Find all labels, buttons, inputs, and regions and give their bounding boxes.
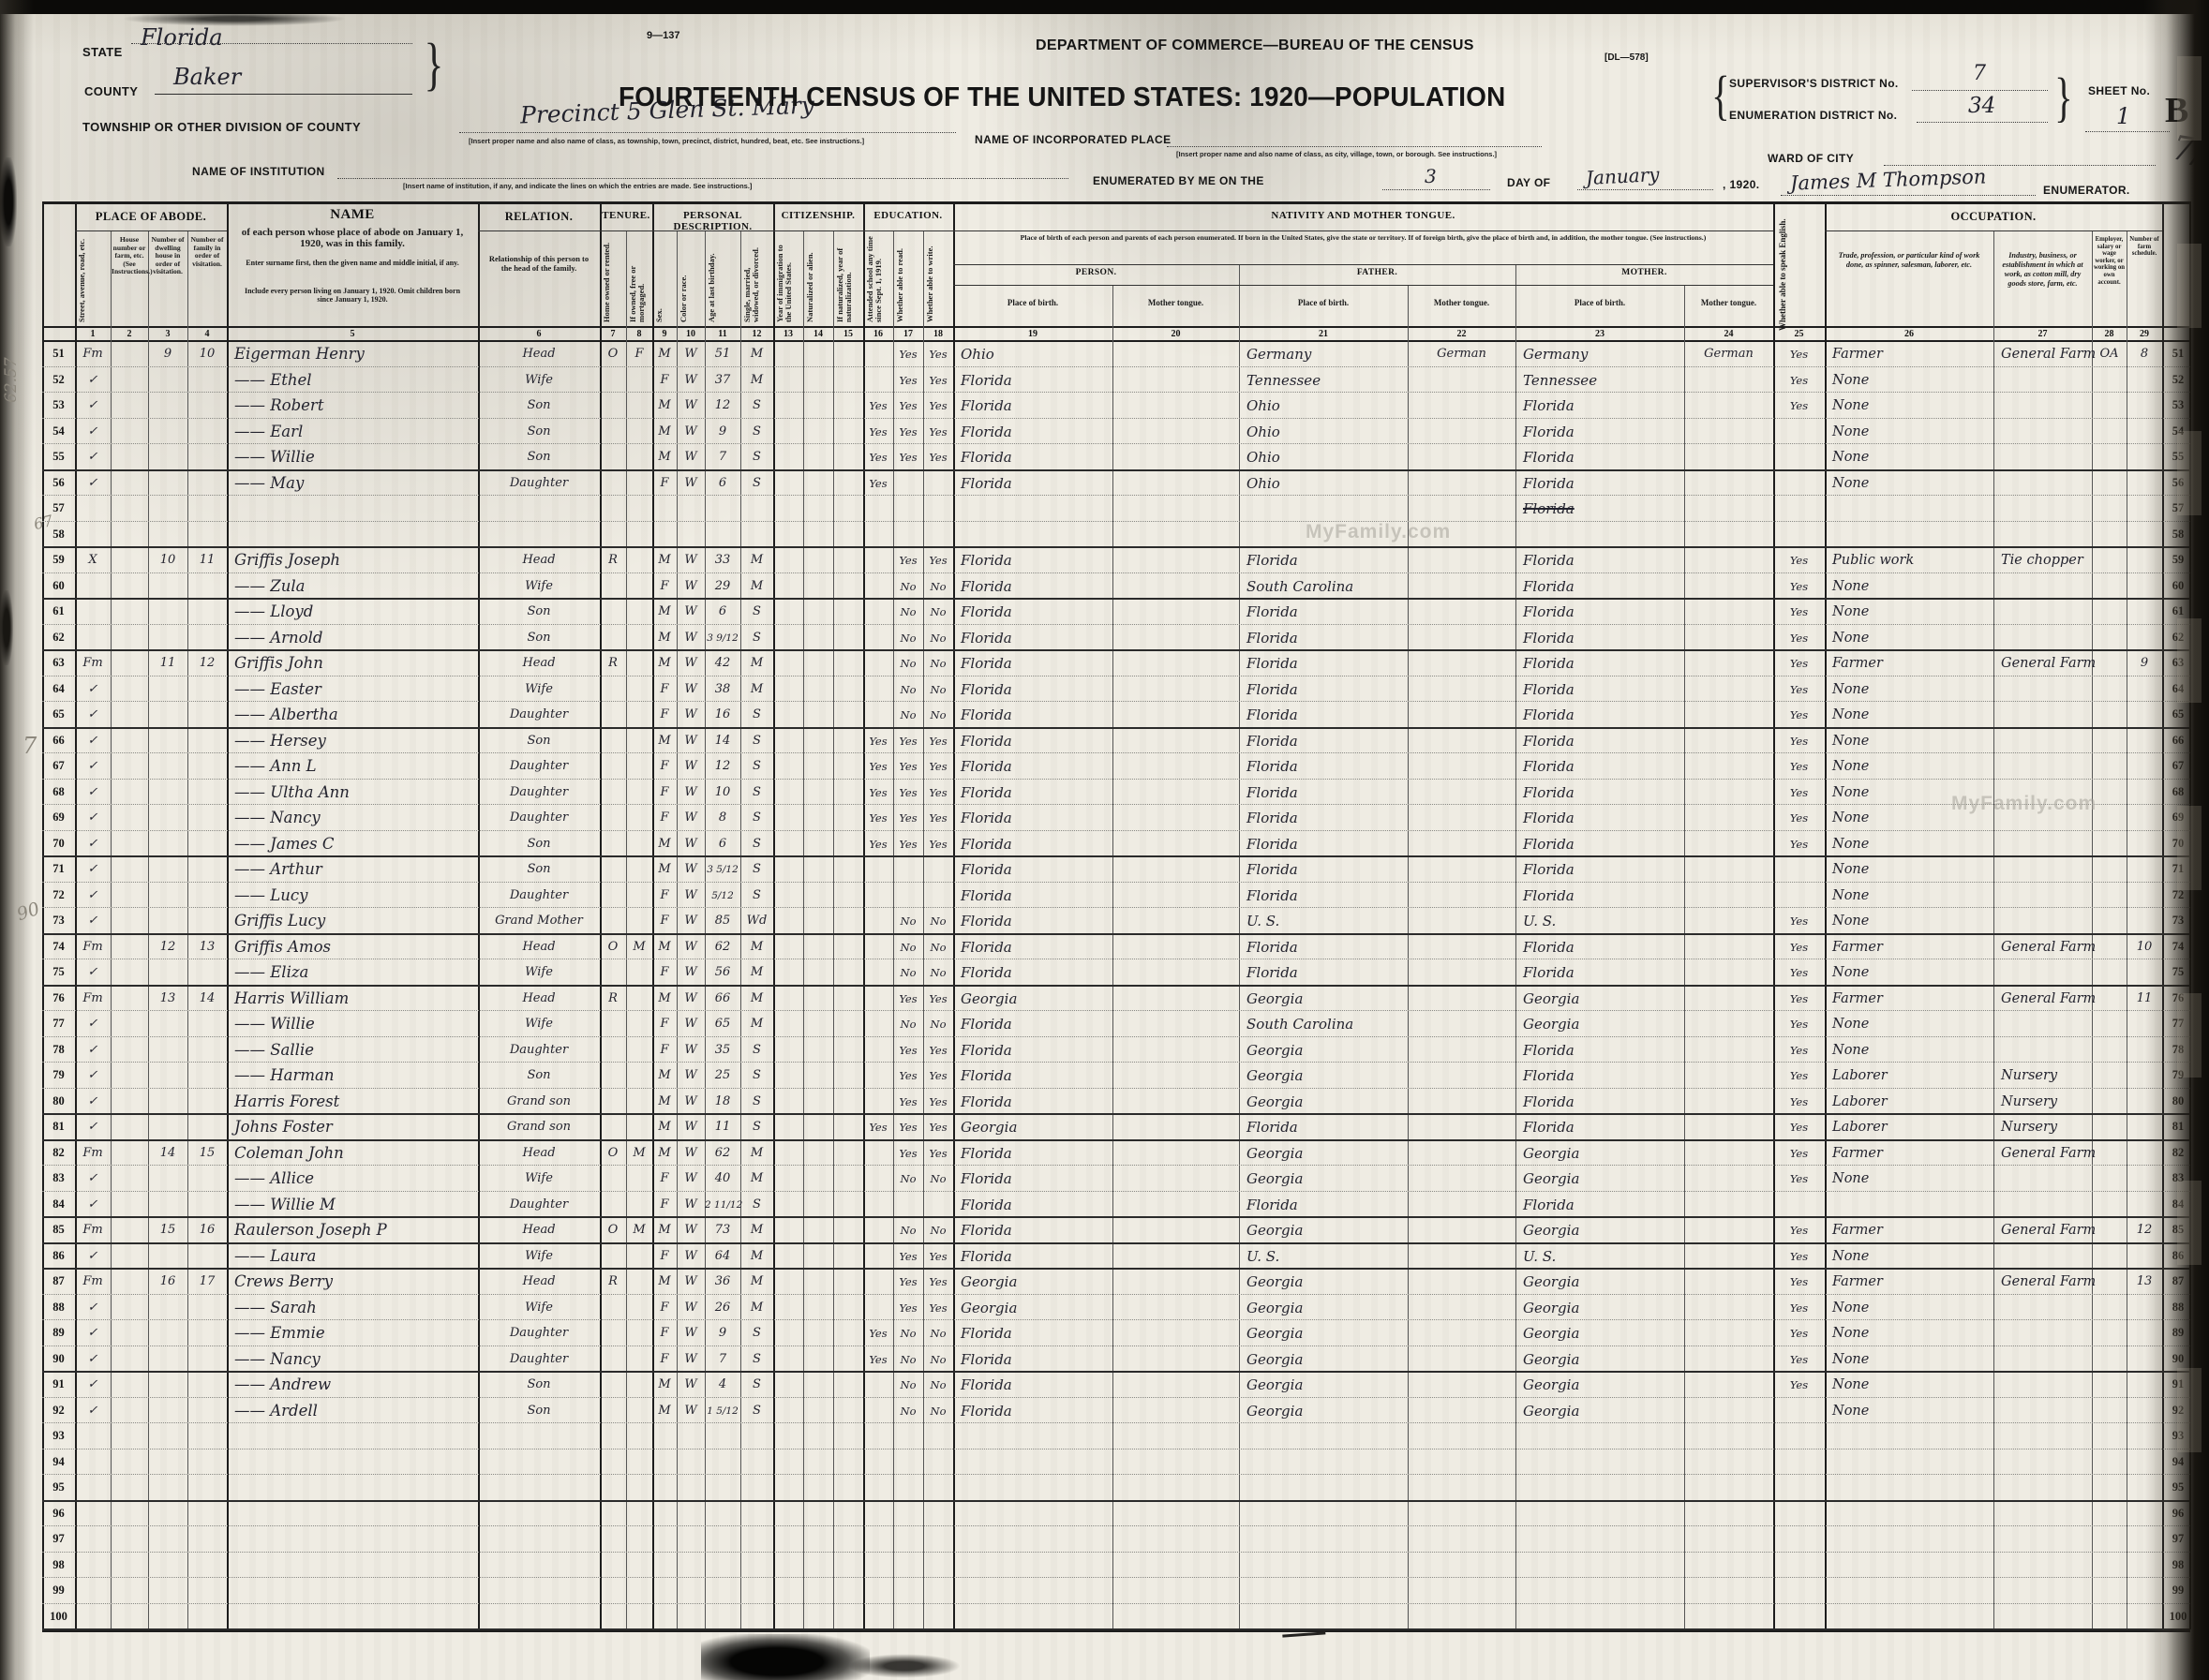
cell-mpob-52: Tennessee: [1523, 370, 1682, 392]
row-rule: [42, 1500, 2190, 1502]
cell-sex-70: M: [652, 834, 677, 855]
cell-race-65: W: [677, 705, 705, 726]
state-value: Florida: [141, 24, 223, 51]
row-number-left: 75: [42, 965, 75, 979]
cell-fpob-60: South Carolina: [1246, 576, 1406, 598]
cell-fpob-70: Florida: [1246, 834, 1406, 855]
cell-name-74: Griffis Amos: [234, 937, 476, 959]
cell-eng-52: Yes: [1773, 370, 1825, 392]
row-rule: [42, 1036, 2190, 1037]
row-number-left: 79: [42, 1068, 75, 1082]
cell-rel-78: Daughter: [478, 1040, 600, 1062]
cell-occ-71: None: [1832, 859, 1992, 881]
cell-fpob-91: Georgia: [1246, 1375, 1406, 1396]
cell-pob-88: Georgia: [961, 1298, 1111, 1319]
cell-sex-83: F: [652, 1168, 677, 1190]
cell-c17-90: No: [893, 1349, 923, 1371]
cell-race-61: W: [677, 602, 705, 623]
row-number-left: 89: [42, 1326, 75, 1340]
cell-mpob-77: Georgia: [1523, 1014, 1682, 1035]
cell-rel-85: Head: [478, 1220, 600, 1241]
cell-fpob-56: Ohio: [1246, 473, 1406, 495]
cell-c18-86: Yes: [923, 1246, 953, 1268]
cell-fpob-84: Florida: [1246, 1195, 1406, 1216]
cell-rel-51: Head: [478, 344, 600, 365]
row-number-left: 52: [42, 373, 75, 387]
cell-c7-51: O: [600, 344, 626, 365]
cell-eng-74: Yes: [1773, 937, 1825, 959]
column-group-nativity-and-mother-tongue-: NATIVITY AND MOTHER TONGUE.: [953, 210, 1773, 221]
row-number-left: 85: [42, 1223, 75, 1237]
cell-mpob-80: Florida: [1523, 1092, 1682, 1113]
cell-c17-70: Yes: [893, 834, 923, 855]
colhead-c18: Whether able to write.: [926, 234, 950, 322]
colhead-relation: Relationship of this person to the head …: [485, 255, 592, 273]
cell-pob-84: Florida: [961, 1195, 1111, 1216]
cell-rel-83: Wife: [478, 1168, 600, 1190]
column-group-tenure-: TENURE.: [600, 210, 652, 221]
cell-race-77: W: [677, 1014, 705, 1035]
cell-c18-54: Yes: [923, 422, 953, 443]
cell-c16-53: Yes: [863, 395, 893, 417]
cell-c17-67: Yes: [893, 756, 923, 778]
cell-c16-55: Yes: [863, 447, 893, 468]
row-rule: [42, 546, 2190, 548]
row-rule: [42, 624, 2190, 625]
cell-occ-51: Farmer: [1832, 344, 1992, 365]
township-label: TOWNSHIP OR OTHER DIVISION OF COUNTY: [82, 120, 361, 134]
cell-c7-59: R: [600, 550, 626, 572]
cell-occ-76: Farmer: [1832, 989, 1992, 1010]
enumerator-name: James M Thompson: [1790, 165, 1987, 194]
cell-c17-68: Yes: [893, 782, 923, 804]
cell-c1-82: Fm: [75, 1143, 111, 1165]
institution-underline: [337, 178, 1068, 179]
cell-eng-91: Yes: [1773, 1375, 1825, 1396]
cell-name-85: Raulerson Joseph P: [234, 1220, 476, 1241]
cell-c18-51: Yes: [923, 344, 953, 365]
cell-c8-74: M: [626, 937, 652, 959]
colnum-12: 12: [740, 329, 773, 339]
cell-mpob-61: Florida: [1523, 602, 1682, 623]
cell-c17-64: No: [893, 679, 923, 701]
cell-age-63: 42: [705, 653, 740, 675]
cell-rel-77: Wife: [478, 1014, 600, 1035]
cell-occ-73: None: [1832, 911, 1992, 932]
cell-mar-51: M: [740, 344, 773, 365]
cell-race-87: W: [677, 1271, 705, 1293]
colnum-27: 27: [1993, 329, 2092, 339]
cell-c1-68: ✓: [75, 782, 111, 804]
cell-sex-59: M: [652, 550, 677, 572]
ink-smudge: [701, 1634, 870, 1680]
cell-eng-64: Yes: [1773, 679, 1825, 701]
cell-occ-86: None: [1832, 1246, 1992, 1268]
cell-age-55: 7: [705, 447, 740, 468]
cell-occ-63: Farmer: [1832, 653, 1992, 675]
row-number-left: 53: [42, 398, 75, 412]
cell-age-54: 9: [705, 422, 740, 443]
cell-occ-91: None: [1832, 1375, 1992, 1396]
table-rule: [42, 340, 2190, 342]
table-rule: [953, 201, 955, 1629]
row-rule: [42, 1062, 2190, 1063]
table-rule: [148, 230, 149, 1629]
cell-pob-86: Florida: [961, 1246, 1111, 1268]
cell-eng-53: Yes: [1773, 395, 1825, 417]
enumeration-district-label: ENUMERATION DISTRICT No.: [1729, 109, 1897, 122]
cell-c18-69: Yes: [923, 808, 953, 829]
colnum-4: 4: [187, 329, 227, 339]
cell-c1-63: Fm: [75, 653, 111, 675]
colnum-18: 18: [923, 329, 953, 339]
cell-pob-63: Florida: [961, 653, 1111, 675]
cell-c18-88: Yes: [923, 1298, 953, 1319]
cell-name-89: —— Emmie: [234, 1323, 476, 1345]
table-rule: [833, 230, 834, 1629]
cell-mar-73: Wd: [740, 911, 773, 932]
cell-eng-61: Yes: [1773, 602, 1825, 623]
cell-c1-80: ✓: [75, 1092, 111, 1113]
row-number-left: 99: [42, 1583, 75, 1598]
cell-age-52: 37: [705, 370, 740, 392]
row-rule: [42, 1294, 2190, 1295]
cell-race-62: W: [677, 628, 705, 649]
cell-c17-76: Yes: [893, 989, 923, 1010]
cell-age-90: 7: [705, 1349, 740, 1371]
cell-c18-60: No: [923, 576, 953, 598]
scan-left-edge: [0, 0, 34, 1680]
table-rule: [42, 201, 2190, 204]
cell-c1-85: Fm: [75, 1220, 111, 1241]
colnum-20: 20: [1112, 329, 1239, 339]
cell-race-67: W: [677, 756, 705, 778]
cell-fpob-77: South Carolina: [1246, 1014, 1406, 1035]
cell-name-70: —— James C: [234, 834, 476, 855]
cell-sex-56: F: [652, 473, 677, 495]
township-underline: [459, 132, 956, 133]
cell-rel-74: Head: [478, 937, 600, 959]
colnum-19: 19: [953, 329, 1112, 339]
cell-name-53: —— Robert: [234, 395, 476, 417]
colnum-6: 6: [478, 329, 600, 339]
cell-c1-53: ✓: [75, 395, 111, 417]
colhead-c21: Place of birth.: [1239, 298, 1408, 307]
cell-rel-65: Daughter: [478, 705, 600, 726]
cell-race-86: W: [677, 1246, 705, 1268]
cell-rel-92: Son: [478, 1401, 600, 1422]
cell-c1-73: ✓: [75, 911, 111, 932]
row-number-left: 82: [42, 1146, 75, 1160]
cell-mpob-70: Florida: [1523, 834, 1682, 855]
census-sheet-scan: STATE Florida COUNTY Baker } TOWNSHIP OR…: [0, 0, 2209, 1680]
cell-pob-52: Florida: [961, 370, 1111, 392]
table-rule: [42, 326, 2190, 328]
cell-fpob-64: Florida: [1246, 679, 1406, 701]
supervisor-underline: [1912, 90, 2048, 91]
cell-c18-63: No: [923, 653, 953, 675]
cell-mpob-83: Georgia: [1523, 1168, 1682, 1190]
cell-eng-76: Yes: [1773, 989, 1825, 1010]
cell-age-59: 33: [705, 550, 740, 572]
colhead-c19: Place of birth.: [953, 298, 1112, 307]
cell-fpob-73: U. S.: [1246, 911, 1406, 932]
colhead-c7: Home owned or rented.: [603, 234, 623, 322]
row-number-left: 69: [42, 810, 75, 825]
nativity-sub-person: PERSON.: [953, 268, 1239, 277]
bottom-pen-mark: [1282, 1622, 1326, 1637]
cell-c1-89: ✓: [75, 1323, 111, 1345]
cell-sex-86: F: [652, 1246, 677, 1268]
state-label: STATE: [82, 45, 123, 59]
cell-race-89: W: [677, 1323, 705, 1345]
cell-age-76: 66: [705, 989, 740, 1010]
ink-smudge-2: [848, 1654, 961, 1678]
cell-c1-59: X: [75, 550, 111, 572]
table-rule: [600, 230, 652, 231]
column-group-name: NAME: [227, 207, 478, 223]
row-rule: [42, 1268, 2190, 1270]
cell-mar-60: M: [740, 576, 773, 598]
colhead-c20: Mother tongue.: [1112, 298, 1239, 307]
cell-race-63: W: [677, 653, 705, 675]
cell-race-56: W: [677, 473, 705, 495]
cell-pob-66: Florida: [961, 731, 1111, 752]
colhead-name-main: of each person whose place of abode on J…: [236, 227, 469, 250]
cell-occ-72: None: [1832, 885, 1992, 907]
cell-c1-77: ✓: [75, 1014, 111, 1035]
supervisor-district-label: SUPERVISOR'S DISTRICT No.: [1729, 77, 1899, 90]
table-rule: [2092, 230, 2093, 1629]
row-number-left: 90: [42, 1352, 75, 1366]
colhead-c4: Number of family in order of visitation.: [188, 236, 226, 268]
county-label: COUNTY: [84, 84, 138, 98]
enumerator-label: ENUMERATOR.: [2043, 184, 2130, 197]
cell-name-51: Eigerman Henry: [234, 344, 476, 365]
cell-name-55: —— Willie: [234, 447, 476, 468]
row-rule: [42, 1397, 2190, 1398]
cell-c1-92: ✓: [75, 1401, 111, 1422]
row-rule: [42, 1474, 2190, 1475]
cell-c18-91: No: [923, 1375, 953, 1396]
colnum-8: 8: [626, 329, 652, 339]
cell-occ-85: Farmer: [1832, 1220, 1992, 1241]
enumerator-underline: [1781, 195, 2036, 196]
row-number-left: 66: [42, 734, 75, 748]
cell-eng-85: Yes: [1773, 1220, 1825, 1241]
cell-race-71: W: [677, 859, 705, 881]
cell-sex-54: M: [652, 422, 677, 443]
cell-occ-54: None: [1832, 422, 1992, 443]
row-number-left: 51: [42, 347, 75, 361]
cell-sex-80: M: [652, 1092, 677, 1113]
cell-mar-91: S: [740, 1375, 773, 1396]
cell-rel-80: Grand son: [478, 1092, 600, 1113]
enumerated-day: 3: [1425, 165, 1437, 187]
row-rule: [42, 1628, 2190, 1630]
cell-mar-84: S: [740, 1195, 773, 1216]
row-rule: [42, 1191, 2190, 1192]
row-rule: [42, 649, 2190, 651]
cell-pob-89: Florida: [961, 1323, 1111, 1345]
cell-mpob-55: Florida: [1523, 447, 1682, 468]
cell-pob-54: Florida: [961, 422, 1111, 443]
cell-eng-88: Yes: [1773, 1298, 1825, 1319]
row-number-left: 86: [42, 1249, 75, 1263]
colhead-c23: Place of birth.: [1515, 298, 1684, 307]
cell-fpob-71: Florida: [1246, 859, 1406, 881]
cell-c1-66: ✓: [75, 731, 111, 752]
cell-rel-88: Wife: [478, 1298, 600, 1319]
row-rule: [42, 1139, 2190, 1141]
cell-sex-61: M: [652, 602, 677, 623]
cell-occ-61: None: [1832, 602, 1992, 623]
cell-race-75: W: [677, 962, 705, 984]
cell-mpob-62: Florida: [1523, 628, 1682, 649]
cell-fpob-51: Germany: [1246, 344, 1406, 365]
cell-c3-63: 11: [148, 653, 187, 675]
cell-mar-52: M: [740, 370, 773, 392]
cell-age-85: 73: [705, 1220, 740, 1241]
cell-race-76: W: [677, 989, 705, 1010]
cell-occ-52: None: [1832, 370, 1992, 392]
cell-rel-69: Daughter: [478, 808, 600, 829]
column-group-citizenship-: CITIZENSHIP.: [773, 210, 863, 221]
cell-mar-74: M: [740, 937, 773, 959]
cell-mpob-71: Florida: [1523, 859, 1682, 881]
cell-c16-66: Yes: [863, 731, 893, 752]
cell-fpob-52: Tennessee: [1246, 370, 1406, 392]
cell-c17-91: No: [893, 1375, 923, 1396]
cell-c17-85: No: [893, 1220, 923, 1241]
table-rule: [863, 230, 953, 231]
cell-mpob-54: Florida: [1523, 422, 1682, 443]
row-rule: [42, 366, 2190, 367]
row-number-left: 80: [42, 1094, 75, 1108]
table-rule: [803, 230, 804, 1629]
cell-occ-62: None: [1832, 628, 1992, 649]
sheet-label: SHEET No.: [2088, 84, 2150, 97]
row-rule: [42, 418, 2190, 419]
cell-name-56: —— May: [234, 473, 476, 495]
cell-mar-53: S: [740, 395, 773, 417]
colhead-c3: Number of dwelling house in order of vis…: [149, 236, 187, 276]
table-rule: [1993, 230, 1994, 1629]
enumerated-year: , 1920.: [1723, 178, 1760, 191]
cell-pob-51: Ohio: [961, 344, 1111, 365]
column-group-place-of-abode-: PLACE OF ABODE.: [75, 210, 227, 224]
cell-mar-68: S: [740, 782, 773, 804]
cell-race-80: W: [677, 1092, 705, 1113]
cell-mar-69: S: [740, 808, 773, 829]
cell-sex-62: M: [652, 628, 677, 649]
cell-c17-89: No: [893, 1323, 923, 1345]
cell-eng-80: Yes: [1773, 1092, 1825, 1113]
cell-fpob-88: Georgia: [1246, 1298, 1406, 1319]
cell-race-90: W: [677, 1349, 705, 1371]
colnum-5: 5: [227, 329, 478, 339]
cell-sex-91: M: [652, 1375, 677, 1396]
colnum-2: 2: [111, 329, 148, 339]
cell-name-86: —— Laura: [234, 1246, 476, 1268]
colnum-23: 23: [1515, 329, 1684, 339]
table-rule: [600, 201, 602, 1629]
form-number: 9—137: [647, 30, 679, 41]
cell-age-75: 56: [705, 962, 740, 984]
cell-ind-80: Nursery: [2001, 1092, 2090, 1113]
cell-occ-67: None: [1832, 756, 1992, 778]
colhead-c22: Mother tongue.: [1408, 298, 1515, 307]
cell-occ-59: Public work: [1832, 550, 1992, 572]
cell-mpob-75: Florida: [1523, 962, 1682, 984]
cell-c7-82: O: [600, 1143, 626, 1165]
cell-mpob-68: Florida: [1523, 782, 1682, 804]
colhead-c11: Age at last birthday.: [708, 234, 738, 322]
row-number-left: 81: [42, 1120, 75, 1134]
cell-pob-62: Florida: [961, 628, 1111, 649]
cell-rel-56: Daughter: [478, 473, 600, 495]
cell-mpob-76: Georgia: [1523, 989, 1682, 1010]
colnum-15: 15: [833, 329, 863, 339]
department-title: DEPARTMENT OF COMMERCE—BUREAU OF THE CEN…: [1036, 37, 1474, 54]
cell-mpob-87: Georgia: [1523, 1271, 1682, 1293]
cell-mar-75: M: [740, 962, 773, 984]
cell-c17-66: Yes: [893, 731, 923, 752]
cell-c18-81: Yes: [923, 1117, 953, 1138]
cell-c1-76: Fm: [75, 989, 111, 1010]
cell-name-54: —— Earl: [234, 422, 476, 443]
colnum-9: 9: [652, 329, 677, 339]
cell-pob-69: Florida: [961, 808, 1111, 829]
cell-c18-82: Yes: [923, 1143, 953, 1165]
table-rule: [652, 230, 773, 231]
cell-pob-76: Georgia: [961, 989, 1111, 1010]
cell-age-79: 25: [705, 1065, 740, 1087]
row-rule: [42, 1525, 2190, 1526]
cell-c1-78: ✓: [75, 1040, 111, 1062]
cell-c8-51: F: [626, 344, 652, 365]
cell-sex-89: F: [652, 1323, 677, 1345]
row-number-left: 55: [42, 450, 75, 464]
cell-eng-68: Yes: [1773, 782, 1825, 804]
cell-pob-92: Florida: [961, 1401, 1111, 1422]
cell-occ-70: None: [1832, 834, 1992, 855]
cell-mar-77: M: [740, 1014, 773, 1035]
cell-race-51: W: [677, 344, 705, 365]
enumeration-underline: [1917, 122, 2048, 123]
cell-c4-82: 15: [187, 1143, 227, 1165]
cell-mpob-82: Georgia: [1523, 1143, 1682, 1165]
cell-mar-63: M: [740, 653, 773, 675]
row-rule: [42, 392, 2190, 393]
colnum-21: 21: [1239, 329, 1408, 339]
cell-occ-82: Farmer: [1832, 1143, 1992, 1165]
row-number-left: 68: [42, 785, 75, 799]
cell-eng-79: Yes: [1773, 1065, 1825, 1087]
row-number-left: 100: [42, 1610, 75, 1624]
cell-name-52: —— Ethel: [234, 370, 476, 392]
incorporated-caption: [Insert proper name and also name of cla…: [1176, 150, 1497, 158]
cell-sex-68: F: [652, 782, 677, 804]
colhead-c10: Color or race.: [679, 234, 702, 322]
colhead-name-sub2: Include every person living on January 1…: [240, 288, 465, 305]
cell-name-75: —— Eliza: [234, 962, 476, 984]
cell-mar-85: M: [740, 1220, 773, 1241]
row-number-left: 93: [42, 1429, 75, 1443]
cell-eng-63: Yes: [1773, 653, 1825, 675]
watermark: MyFamily.com: [1306, 521, 1451, 543]
cell-age-81: 11: [705, 1117, 740, 1138]
